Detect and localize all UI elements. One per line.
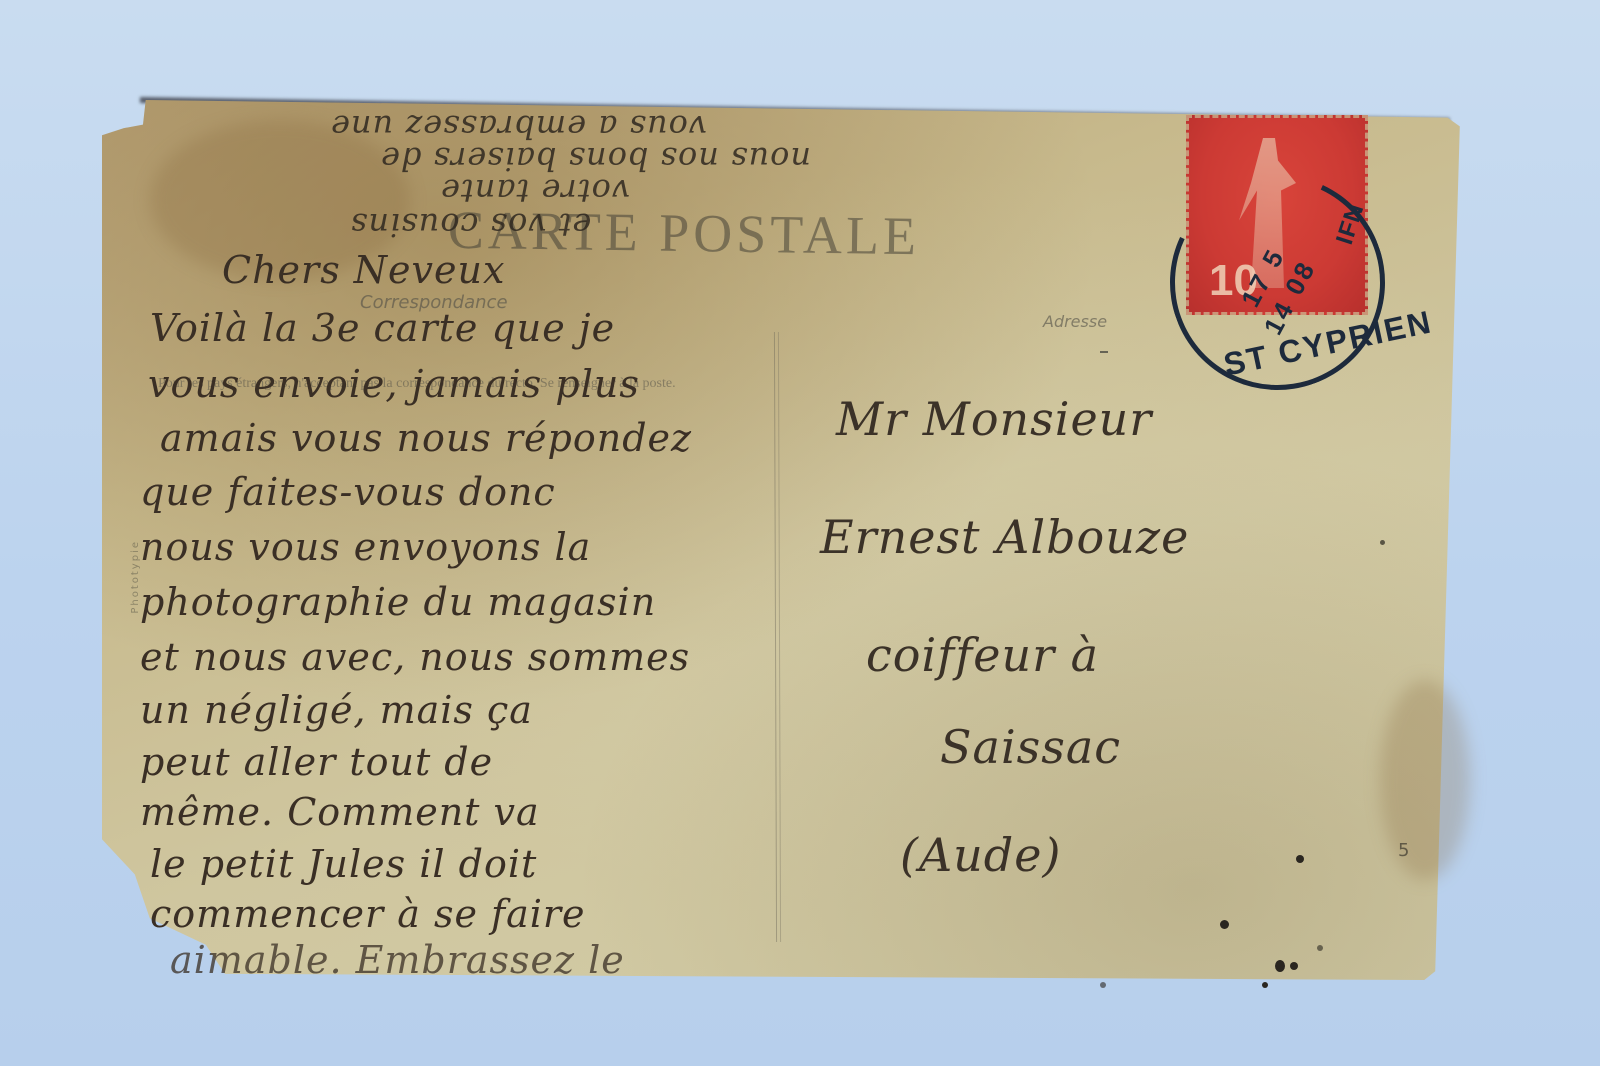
ink-spot: [1380, 540, 1385, 545]
message-line: vous envoie, jamais plus: [148, 362, 640, 406]
corner-mark: 5: [1398, 840, 1409, 861]
ink-spot: [1317, 945, 1323, 951]
ink-spot: [1296, 855, 1304, 863]
ink-spot: [1290, 962, 1298, 970]
ink-spot: [1275, 960, 1285, 972]
address-dash: [1100, 351, 1108, 353]
upside-down-line: et vos cousins: [350, 206, 591, 244]
message-line: le petit Jules il doit: [150, 842, 537, 886]
message-line: peut aller tout de: [140, 740, 493, 784]
message-line: commencer à se faire: [150, 892, 586, 936]
address-line: Ernest Albouze: [820, 510, 1189, 564]
address-line: Saissac: [940, 720, 1121, 774]
message-line: et nous avec, nous sommes: [140, 635, 690, 679]
message-line: même. Comment va: [140, 790, 540, 834]
message-line: un négligé, mais ça: [140, 688, 533, 732]
upside-down-line: votre tante: [440, 172, 630, 210]
message-line: photographie du magasin: [140, 580, 656, 624]
ink-spot: [1100, 982, 1106, 988]
message-line: Voilà la 3e carte que je: [150, 306, 615, 350]
address-label: Adresse: [1043, 312, 1107, 331]
address-line: Mr Monsieur: [836, 392, 1152, 446]
message-line: nous vous envoyons la: [140, 525, 591, 569]
message-line: amais vous nous répondez: [160, 416, 692, 460]
message-line: que faites-vous donc: [140, 470, 556, 514]
address-line: coiffeur à: [866, 628, 1099, 682]
salutation: Chers Neveux: [222, 248, 505, 292]
address-line: (Aude): [900, 828, 1061, 882]
stain: [1380, 680, 1470, 880]
ink-spot: [1262, 982, 1268, 988]
ink-spot: [1220, 920, 1229, 929]
message-line: aimable. Embrassez le: [170, 938, 625, 982]
